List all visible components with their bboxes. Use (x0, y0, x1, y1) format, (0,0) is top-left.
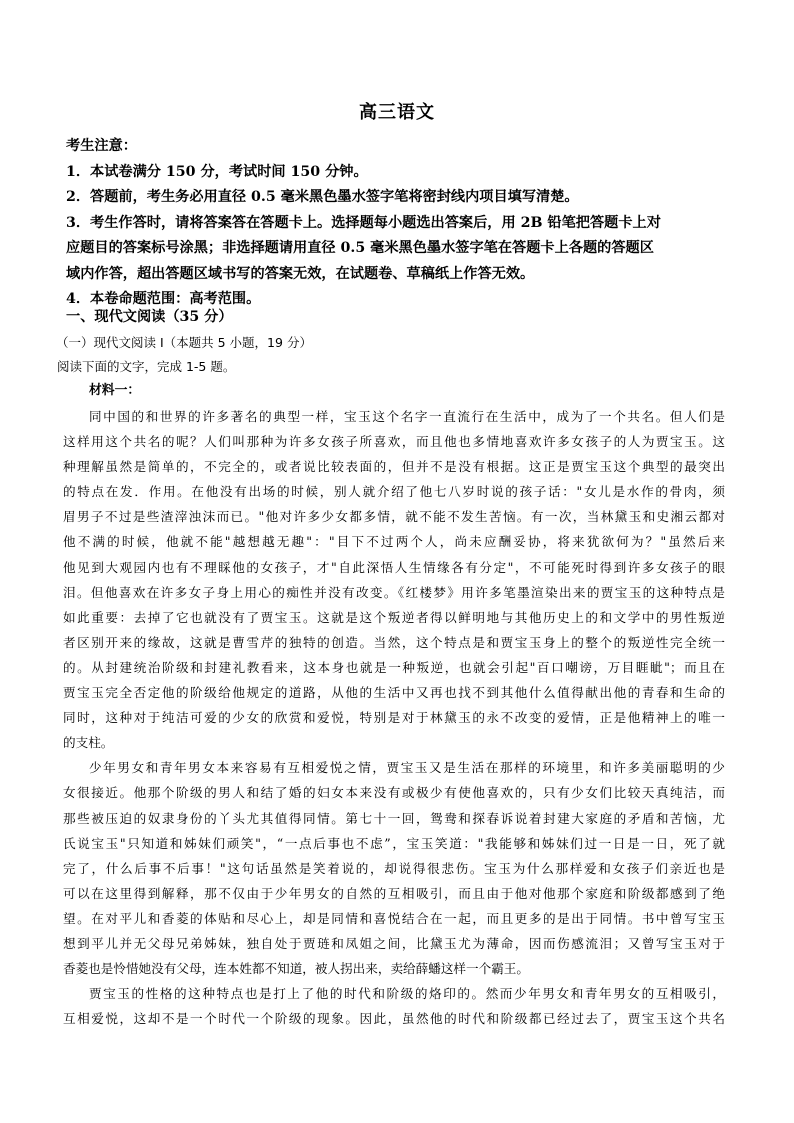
passage-line: 同中国的和世界的许多著名的典型一样，宝玉这个名字一直流行在生活中，成为了一个共名… (63, 404, 725, 429)
passage-line: 的支柱。 (63, 730, 725, 755)
material-label: 材料一： (89, 379, 140, 403)
passage-line: 眉男子不过是些渣滓浊沫而已。"他对许多少女都多情，就不能不发生苦恼。有一次，当林… (63, 504, 725, 529)
notice-item: 应题目的答案标号涂黑；非选择题请用直径 0.5 毫米黑色墨水签字笔在答题卡上各题… (66, 236, 726, 262)
passage-line: 种理解虽然是简单的，不完全的，或者说比较表面的，但并不是没有根据。这正是贾宝玉这… (63, 454, 725, 479)
notice-item: 1．本试卷满分 150 分，考试时间 150 分钟。 (66, 160, 726, 186)
exam-notice: 考生注意： 1．本试卷满分 150 分，考试时间 150 分钟。 2．答题前，考… (66, 134, 726, 313)
passage-line: 他见到大观园内也有不理睬他的女孩子，才"自此深悟人生情缘各有分定"，不可能死时得… (63, 555, 725, 580)
notice-heading: 考生注意： (66, 134, 726, 160)
notice-item: 3．考生作答时，请将答案答在答题卡上。选择题每小题选出答案后，用 2B 铅笔把答… (66, 211, 726, 237)
notice-item: 域内作答，超出答题区域书写的答案无效，在试题卷、草稿纸上作答无效。 (66, 262, 726, 288)
document-title: 高三语文 (0, 98, 794, 124)
passage-line: 的。从封建统治阶级和封建礼教看来，这本身也就是一种叛逆，也就会引起"百口嘲谤，万… (63, 655, 725, 680)
reading-instruction: 阅读下面的文字，完成 1-5 题。 (57, 355, 235, 379)
passage-line: 香菱也是怜惜她没有父母，连本姓都不知道，被人拐出来，卖给薛蟠这样一个霸王。 (63, 956, 725, 981)
section-heading: 一、现代文阅读（35 分） (66, 306, 233, 328)
document-page: 高三语文 考生注意： 1．本试卷满分 150 分，考试时间 150 分钟。 2．… (0, 0, 794, 1123)
passage-line: 同时，这种对于纯洁可爱的少女的欣赏和爱悦，特别是对于林黛玉的永不改变的爱情，正是… (63, 705, 725, 730)
passage-line: 这样用这个共名的呢？人们叫那种为许多女孩子所喜欢，而且他也多情地喜欢许多女孩子的… (63, 429, 725, 454)
passage-line: 想到平儿并无父母兄弟姊妹，独自处于贾琏和凤姐之间，比黛玉尤为薄命，因而伤感流泪；… (63, 931, 725, 956)
passage-line: 他不满的时候，他就不能"越想越无趣"："目下不过两个人，尚未应酬妥协，将来犹欲何… (63, 529, 725, 554)
passage-line: 互相爱悦，这却不是一个时代一个阶级的现象。因此，虽然他的时代和阶级都已经过去了，… (63, 1006, 725, 1031)
passage-line: 如此重要：去掉了它也就没有了贾宝玉。这就是这个叛逆者得以鲜明地与其他历史上的和文… (63, 605, 725, 630)
passage-line: 那些被压迫的奴隶身份的丫头尤其值得同情。第七十一回，鸳鸯和探春诉说着封建大家庭的… (63, 806, 725, 831)
passage-line: 的特点在发．作用。在他没有出场的时候，别人就介绍了他七八岁时说的孩子话："女儿是… (63, 479, 725, 504)
passage-body: 同中国的和世界的许多著名的典型一样，宝玉这个名字一直流行在生活中，成为了一个共名… (63, 404, 725, 1031)
passage-line: 完了，什么后事不后事！"这句话虽然是笑着说的，却说得很悲伤。宝玉为什么那样爱和女… (63, 856, 725, 881)
section-subheading: （一）现代文阅读 I（本题共 5 小题，19 分） (56, 331, 312, 355)
passage-line: 贾宝玉完全否定他的阶级给他规定的道路，从他的生活中又再也找不到其他什么值得献出他… (63, 680, 725, 705)
passage-line: 泪。但他喜欢在许多女子身上用心的痴性并没有改变。《红楼梦》用许多笔墨渲染出来的贾… (63, 580, 725, 605)
passage-line: 少年男女和青年男女本来容易有互相爱悦之情，贾宝玉又是生活在那样的环境里，和许多美… (63, 755, 725, 780)
passage-line: 女很接近。他那个阶级的男人和结了婚的妇女本来没有或极少有使他喜欢的，只有少女们比… (63, 780, 725, 805)
passage-line: 望。在对平儿和香菱的体贴和尽心上，却是同情和喜悦结合在一起，而且更多的是出于同情… (63, 906, 725, 931)
passage-line: 氏说宝玉"只知道和姊妹们顽笑"，“一点后事也不虑”，宝玉笑道："我能够和姊妹们过… (63, 831, 725, 856)
notice-item: 2．答题前，考生务必用直径 0.5 毫米黑色墨水签字笔将密封线内项目填写清楚。 (66, 185, 726, 211)
passage-line: 贾宝玉的性格的这种特点也是打上了他的时代和阶级的烙印的。然而少年男女和青年男女的… (63, 981, 725, 1006)
passage-line: 者区别开来的缘故，这就是曹雪芹的独特的创造。当然，这个特点是和贾宝玉身上的整个的… (63, 630, 725, 655)
passage-line: 可以在这里得到解释，那不仅由于少年男女的自然的互相吸引，而且由于他对他那个家庭和… (63, 881, 725, 906)
